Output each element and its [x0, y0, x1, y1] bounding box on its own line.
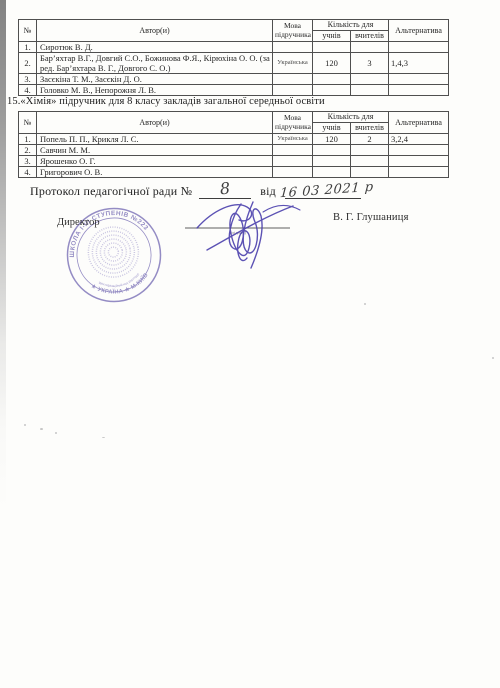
cell-language: [273, 167, 313, 178]
cell-num: 1.: [19, 134, 37, 145]
director-signature: (підпис): [183, 198, 313, 273]
cell-language: [273, 85, 313, 96]
table-row: 3. Ярошенко О. Г.: [19, 156, 449, 167]
cell-language: [273, 156, 313, 167]
cell-students: [313, 85, 351, 96]
protocol-date-blank: 16 03 2021 р: [285, 183, 361, 199]
cell-teachers: [351, 74, 389, 85]
scan-speck: [55, 432, 57, 434]
scan-speck: [492, 357, 494, 359]
cell-authors: Попель П. П., Крикля Л. С.: [37, 134, 273, 145]
cell-num: 4.: [19, 85, 37, 96]
table-row: 2. Бар’яхтар В.Г., Довгий С.О., Божинова…: [19, 53, 449, 74]
cell-alternative: [389, 156, 449, 167]
cell-students: [313, 167, 351, 178]
cell-language: [273, 74, 313, 85]
col-header-students: учнів: [313, 123, 351, 134]
cell-language: [273, 145, 313, 156]
cell-language: [273, 42, 313, 53]
cell-authors: Сиротюк В. Д.: [37, 42, 273, 53]
cell-teachers: [351, 156, 389, 167]
cell-alternative: [389, 85, 449, 96]
cell-language: Українська: [273, 53, 313, 74]
cell-num: 2.: [19, 145, 37, 156]
table-row: 4. Григорович О. В.: [19, 167, 449, 178]
cell-alternative: [389, 167, 449, 178]
table-row: 1. Сиротюк В. Д.: [19, 42, 449, 53]
cell-num: 4.: [19, 167, 37, 178]
cell-students: [313, 145, 351, 156]
cell-students: [313, 74, 351, 85]
cell-teachers: [351, 42, 389, 53]
col-header-quantity: Кількість для: [313, 112, 389, 123]
table-row: 2. Савчин М. М.: [19, 145, 449, 156]
col-header-quantity: Кількість для: [313, 20, 389, 31]
textbook-table-1: № Автор(и) Мова підручника Кількість для…: [18, 19, 449, 96]
cell-teachers: 2: [351, 134, 389, 145]
protocol-line: Протокол педагогічної ради №8від16 03 20…: [30, 183, 361, 199]
cell-teachers: [351, 85, 389, 96]
col-header-students: учнів: [313, 31, 351, 42]
director-name: В. Г. Глушаниця: [333, 212, 409, 223]
cell-authors: Засєкіна Т. М., Засєкін Д. О.: [37, 74, 273, 85]
col-header-language: Мова підручника: [273, 112, 313, 134]
scan-edge-artifact: [0, 0, 6, 688]
cell-num: 2.: [19, 53, 37, 74]
cell-authors: Савчин М. М.: [37, 145, 273, 156]
cell-language: Українська: [273, 134, 313, 145]
table-row: 3. Засєкіна Т. М., Засєкін Д. О.: [19, 74, 449, 85]
protocol-label: Протокол педагогічної ради №: [30, 184, 192, 198]
textbook-table-2: № Автор(и) Мова підручника Кількість для…: [18, 111, 449, 178]
col-header-authors: Автор(и): [37, 112, 273, 134]
cell-alternative: 3,2,4: [389, 134, 449, 145]
cell-teachers: 3: [351, 53, 389, 74]
cell-num: 3.: [19, 156, 37, 167]
stamp-emblem: [84, 222, 143, 281]
official-round-stamp: ШКОЛА І-ІІІ СТУПЕНІВ №223 ★ УКРАЇНА ★ М.…: [64, 205, 164, 305]
header-row: № Автор(и) Мова підручника Кількість для…: [19, 112, 449, 123]
cell-authors: Ярошенко О. Г.: [37, 156, 273, 167]
cell-students: 120: [313, 53, 351, 74]
col-header-num: №: [19, 112, 37, 134]
cell-authors: Григорович О. В.: [37, 167, 273, 178]
cell-students: [313, 42, 351, 53]
col-header-alternative: Альтернатива: [389, 20, 449, 42]
header-row: № Автор(и) Мова підручника Кількість для…: [19, 20, 449, 31]
cell-students: [313, 156, 351, 167]
scanned-document-page: № Автор(и) Мова підручника Кількість для…: [0, 0, 500, 688]
cell-teachers: [351, 167, 389, 178]
col-header-authors: Автор(и): [37, 20, 273, 42]
cell-alternative: [389, 74, 449, 85]
scan-speck: [24, 424, 26, 426]
cell-students: 120: [313, 134, 351, 145]
col-header-num: №: [19, 20, 37, 42]
cell-teachers: [351, 145, 389, 156]
col-header-alternative: Альтернатива: [389, 112, 449, 134]
section-heading: 15.«Хімія» підручник для 8 класу закладі…: [7, 96, 325, 107]
cell-authors: Головко М. В., Непорожня Л. В.: [37, 85, 273, 96]
cell-alternative: [389, 145, 449, 156]
signature-ink-scribble: [197, 202, 300, 268]
cell-num: 1.: [19, 42, 37, 53]
col-header-teachers: вчителів: [351, 123, 389, 134]
protocol-number-handwritten: 8: [219, 179, 231, 199]
cell-num: 3.: [19, 74, 37, 85]
table-row: 1. Попель П. П., Крикля Л. С. Українська…: [19, 134, 449, 145]
col-header-teachers: вчителів: [351, 31, 389, 42]
cell-alternative: [389, 42, 449, 53]
table-row: 4. Головко М. В., Непорожня Л. В.: [19, 85, 449, 96]
scan-speck: [102, 437, 105, 438]
protocol-number-blank: 8: [199, 183, 251, 199]
scan-speck: [364, 303, 366, 305]
cell-alternative: 1,4,3: [389, 53, 449, 74]
col-header-language: Мова підручника: [273, 20, 313, 42]
cell-authors: Бар’яхтар В.Г., Довгий С.О., Божинова Ф.…: [37, 53, 273, 74]
scan-speck: [40, 428, 43, 430]
protocol-vid-label: від: [260, 184, 276, 198]
